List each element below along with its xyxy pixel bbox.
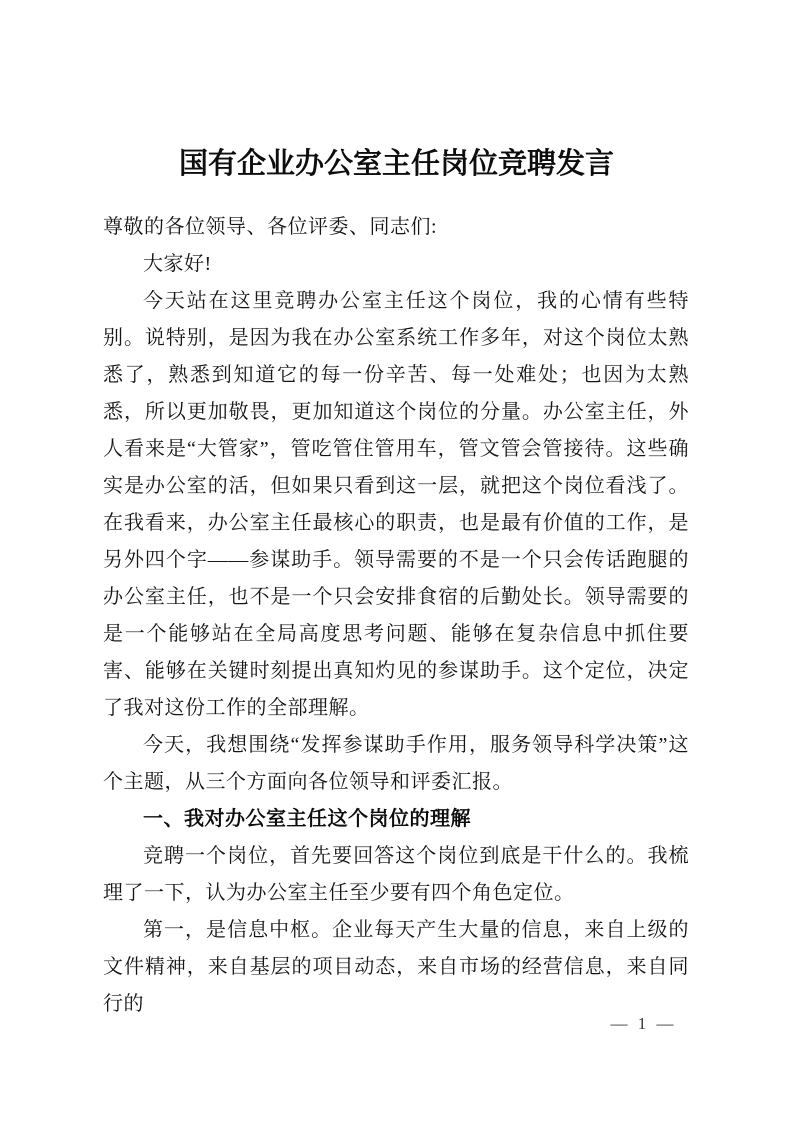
- document-title: 国有企业办公室主任岗位竞聘发言: [0, 147, 793, 182]
- document-body: 尊敬的各位领导、各位评委、同志们: 大家好! 今天站在这里竞聘办公室主任这个岗位…: [103, 209, 689, 1023]
- greeting-line: 大家好!: [103, 246, 689, 283]
- page-number: — 1 —: [566, 1013, 721, 1035]
- paragraph-theme: 今天，我想围绕“发挥参谋助手作用，服务领导科学决策”这个主题，从三个方面向各位领…: [103, 727, 689, 801]
- paragraph-role-overview: 竞聘一个岗位，首先要回答这个岗位到底是干什么的。我梳理了一下，认为办公室主任至少…: [103, 838, 689, 912]
- document-page: 国有企业办公室主任岗位竞聘发言 尊敬的各位领导、各位评委、同志们: 大家好! 今…: [0, 0, 793, 1122]
- section-heading-1: 一、我对办公室主任这个岗位的理解: [103, 801, 689, 838]
- paragraph-role-first: 第一，是信息中枢。企业每天产生大量的信息，来自上级的文件精神，来自基层的项目动态…: [103, 912, 689, 1023]
- paragraph-intro: 今天站在这里竞聘办公室主任这个岗位，我的心情有些特别。说特别，是因为我在办公室系…: [103, 283, 689, 727]
- salutation-line: 尊敬的各位领导、各位评委、同志们:: [103, 209, 689, 246]
